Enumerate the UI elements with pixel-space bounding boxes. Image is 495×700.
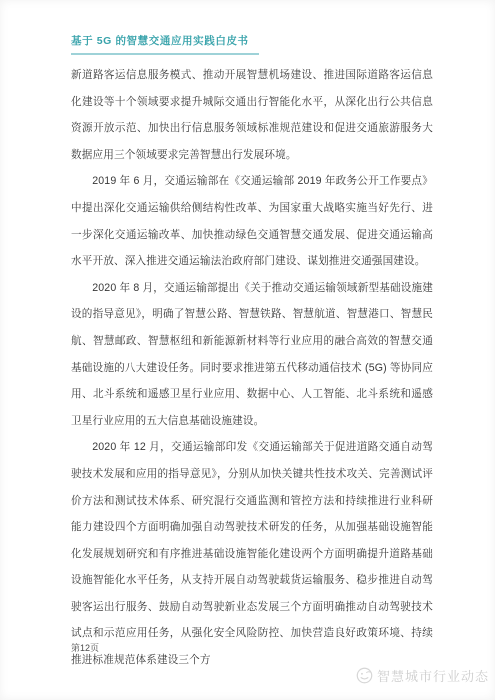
paragraph-3: 2020 年 8 月，交通运输部提出《关于推动交通运输领域新型基础设施建设的指导…: [71, 275, 433, 435]
running-header: 基于 5G 的智慧交通应用实践白皮书: [71, 33, 433, 55]
smiley-logo-icon: [356, 667, 373, 684]
document-title: 基于 5G 的智慧交通应用实践白皮书: [71, 33, 259, 55]
paragraph-4: 2020 年 12 月，交通运输部印发《交通运输部关于促进道路交通自动驾驶技术发…: [71, 434, 433, 673]
page-number: 第12页: [71, 641, 99, 654]
document-page: 基于 5G 的智慧交通应用实践白皮书 新道路客运信息服务模式、推动开展智慧机场建…: [0, 0, 495, 700]
paragraph-1: 新道路客运信息服务模式、推动开展智慧机场建设、推进国际道路客运信息化建设等十个领…: [71, 62, 433, 168]
watermark-text: 智慧城市行业动态: [377, 666, 489, 685]
body-text: 新道路客运信息服务模式、推动开展智慧机场建设、推进国际道路客运信息化建设等十个领…: [71, 62, 433, 674]
paragraph-2: 2019 年 6 月，交通运输部在《交通运输部 2019 年政务公开工作要点》中…: [71, 168, 433, 274]
watermark: 智慧城市行业动态: [356, 666, 489, 685]
